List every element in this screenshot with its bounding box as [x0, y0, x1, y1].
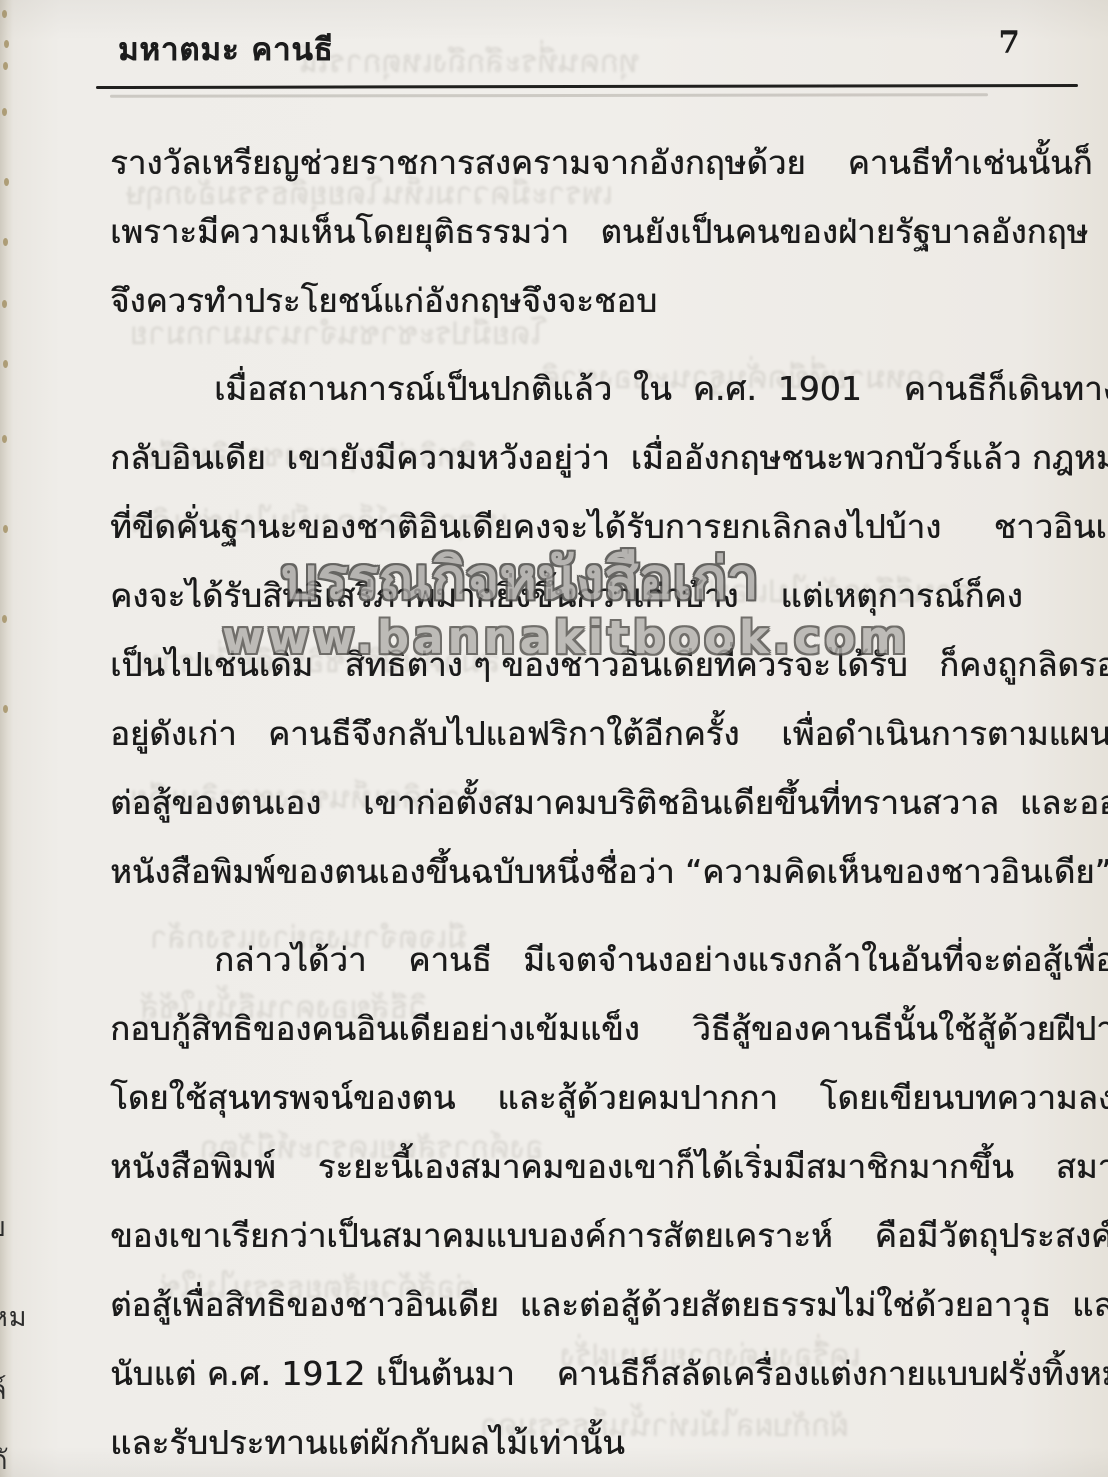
stitch-mark: [3, 62, 8, 70]
stitch-mark: [2, 108, 7, 116]
body-line: หนังสือพิมพ์ของตนเองขึ้นฉบับหนึ่งชื่อว่า…: [110, 837, 1028, 906]
stitch-mark: [3, 360, 8, 368]
header-rule: [96, 84, 1078, 89]
body-line: กล่าวได้ว่า คานธี มีเจตจำนงอย่างแรงกล้าใ…: [110, 925, 1028, 994]
body-line: เมื่อสถานการณ์เป็นปกติแล้ว ใน ค.ศ. 1901 …: [110, 354, 1028, 423]
body-line: กอบกู้สิทธิของคนอินเดียอย่างเข้มแข็ง วิธ…: [110, 994, 1028, 1063]
body-line: และรับประทานแต่ผักกับผลไม้เท่านั้น: [110, 1408, 1028, 1477]
edge-glyph-fragment: ย: [0, 1205, 7, 1248]
scanned-book-page: ทุกคนที่ระลึกถึงเหตุการณ์ เพราะมีความเห็…: [0, 0, 1108, 1477]
bleedthrough-text: ทุกคนที่ระลึกถึงเหตุการณ์: [300, 36, 639, 86]
body-line: นับแต่ ค.ศ. 1912 เป็นต้นมา คานธีก็สลัดเค…: [110, 1339, 1028, 1408]
stitch-mark: [4, 178, 9, 186]
body-line: รางวัลเหรียญช่วยราชการสงครามจากอังกฤษด้ว…: [110, 128, 1028, 197]
stitch-mark: [2, 615, 7, 623]
header-rule-shadow: [110, 93, 988, 98]
body-line: ที่ขีดคั่นฐานะของชาติอินเดียคงจะได้รับกา…: [110, 492, 1028, 561]
stitch-mark: [3, 525, 8, 533]
body-line: กลับอินเดีย เขายังมีความหวังอยู่ว่า เมื่…: [110, 423, 1028, 492]
stitch-mark: [2, 10, 7, 18]
stitch-mark: [2, 300, 7, 308]
body-line: ของเขาเรียกว่าเป็นสมาคมแบบองค์การสัตยเคร…: [110, 1201, 1028, 1270]
stitch-mark: [2, 435, 7, 443]
page-gutter-edge: [0, 0, 12, 1477]
stitch-mark: [3, 705, 8, 713]
body-line: ต่อสู้ของตนเอง เขาก่อตั้งสมาคมบริติชอินเ…: [110, 768, 1028, 837]
page-number: 7: [998, 25, 1020, 61]
body-line: เป็นไปเช่นเดิม สิทธิต่าง ๆ ของชาวอินเดีย…: [110, 630, 1028, 699]
stitch-mark: [3, 238, 8, 246]
body-line: เพราะมีความเห็นโดยยุติธรรมว่า ตนยังเป็นค…: [110, 197, 1028, 266]
running-head-title: มหาตมะ คานธี: [118, 24, 334, 74]
body-line: ต่อสู้เพื่อสิทธิของชาวอินเดีย และต่อสู้ด…: [110, 1270, 1028, 1339]
stitch-mark: [4, 40, 9, 48]
body-line: จึงควรทำประโยชน์แก่อังกฤษจึงจะชอบ: [110, 266, 1028, 335]
body-line: โดยใช้สุนทรพจน์ของตน และสู้ด้วยคมปากกา โ…: [110, 1063, 1028, 1132]
body-line: หนังสือพิมพ์ ระยะนี้เองสมาคมของเขาก็ได้เ…: [110, 1132, 1028, 1201]
body-text-block: รางวัลเหรียญช่วยราชการสงครามจากอังกฤษด้ว…: [110, 128, 1028, 1477]
edge-glyph-fragment: ล์: [0, 1368, 8, 1411]
edge-glyph-fragment: หม: [0, 1295, 28, 1338]
body-line: อยู่ดังเก่า คานธีจึงกลับไปแอฟริกาใต้อีกค…: [110, 699, 1028, 768]
body-line: คงจะได้รับสิทธิเสรีภาพมากยิ่งขึ้นกว่าเก่…: [110, 561, 1028, 630]
edge-glyph-fragment: ดั: [0, 1438, 9, 1477]
